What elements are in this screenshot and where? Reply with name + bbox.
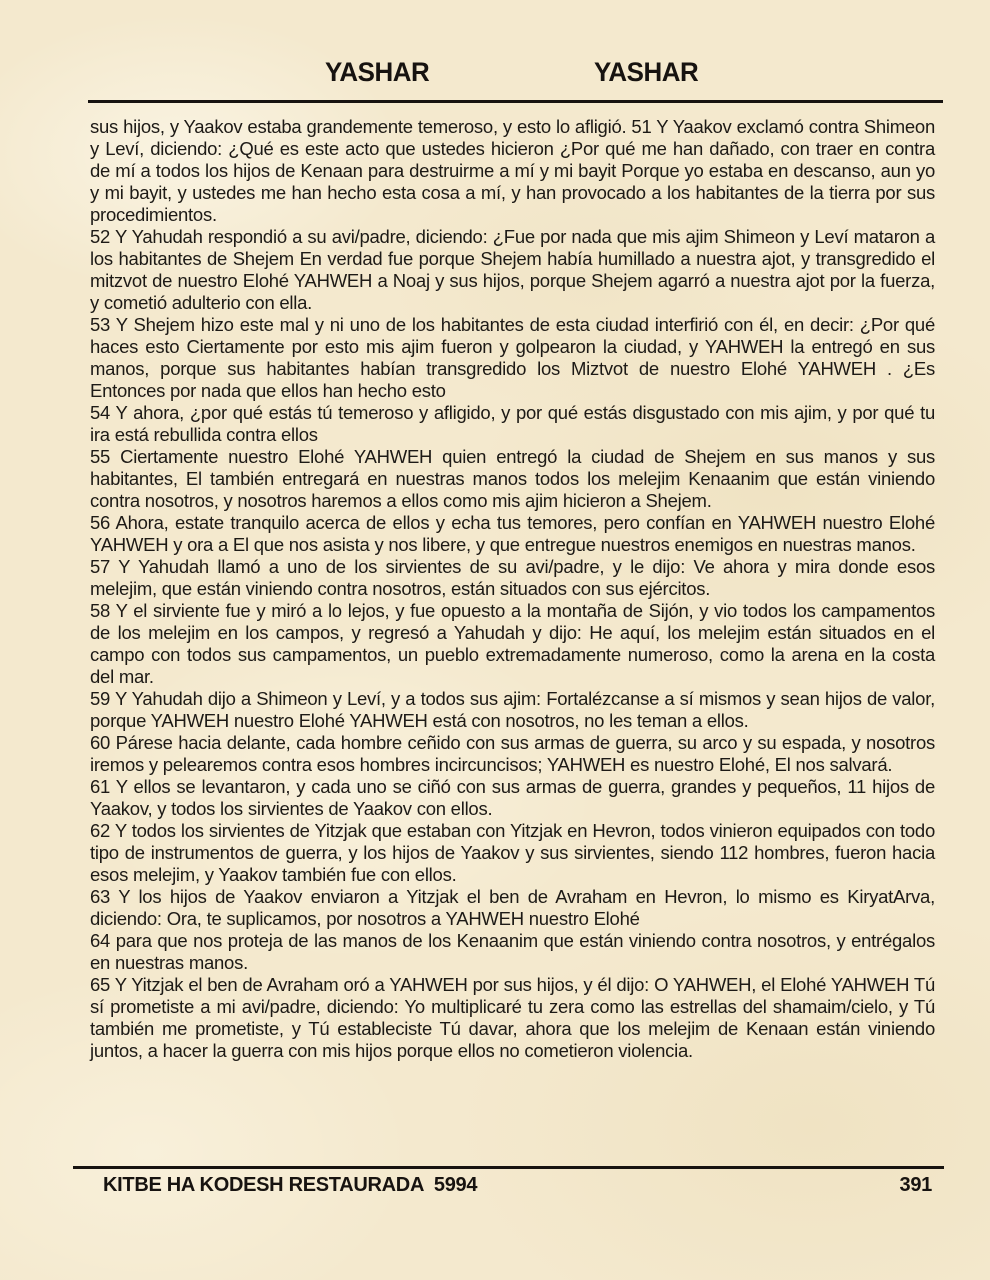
running-head-right: YASHAR <box>594 57 698 88</box>
page-footer: KITBE HA KODESH RESTAURADA 5994 391 <box>103 1174 932 1197</box>
header-rule <box>88 100 943 103</box>
verse-paragraph: 61 Y ellos se levantaron, y cada uno se … <box>90 776 935 820</box>
verse-paragraph: 53 Y Shejem hizo este mal y ni uno de lo… <box>90 314 935 402</box>
footer-page-number: 391 <box>900 1174 932 1197</box>
verse-paragraph: 65 Y Yitzjak el ben de Avraham oró a YAH… <box>90 974 935 1062</box>
running-head-left: YASHAR <box>325 57 429 88</box>
page-header: YASHAR YASHAR <box>0 57 990 91</box>
footer-rule <box>73 1166 944 1169</box>
verse-paragraph: 55 Ciertamente nuestro Elohé YAHWEH quie… <box>90 446 935 512</box>
verse-paragraph: 58 Y el sirviente fue y miró a lo lejos,… <box>90 600 935 688</box>
verse-paragraph: 54 Y ahora, ¿por qué estás tú temeroso y… <box>90 402 935 446</box>
document-page: YASHAR YASHAR sus hijos, y Yaakov estaba… <box>0 0 990 1280</box>
verse-paragraph: 59 Y Yahudah dijo a Shimeon y Leví, y a … <box>90 688 935 732</box>
verse-paragraph: sus hijos, y Yaakov estaba grandemente t… <box>90 116 935 226</box>
verse-paragraph: 64 para que nos proteja de las manos de … <box>90 930 935 974</box>
footer-book-title: KITBE HA KODESH RESTAURADA 5994 <box>103 1174 477 1197</box>
verse-paragraph: 62 Y todos los sirvientes de Yitzjak que… <box>90 820 935 886</box>
verse-paragraph: 56 Ahora, estate tranquilo acerca de ell… <box>90 512 935 556</box>
verse-paragraph: 60 Párese hacia delante, cada hombre ceñ… <box>90 732 935 776</box>
verse-paragraph: 52 Y Yahudah respondió a su avi/padre, d… <box>90 226 935 314</box>
scripture-text: sus hijos, y Yaakov estaba grandemente t… <box>90 116 935 1062</box>
verse-paragraph: 57 Y Yahudah llamó a uno de los sirvient… <box>90 556 935 600</box>
verse-paragraph: 63 Y los hijos de Yaakov enviaron a Yitz… <box>90 886 935 930</box>
